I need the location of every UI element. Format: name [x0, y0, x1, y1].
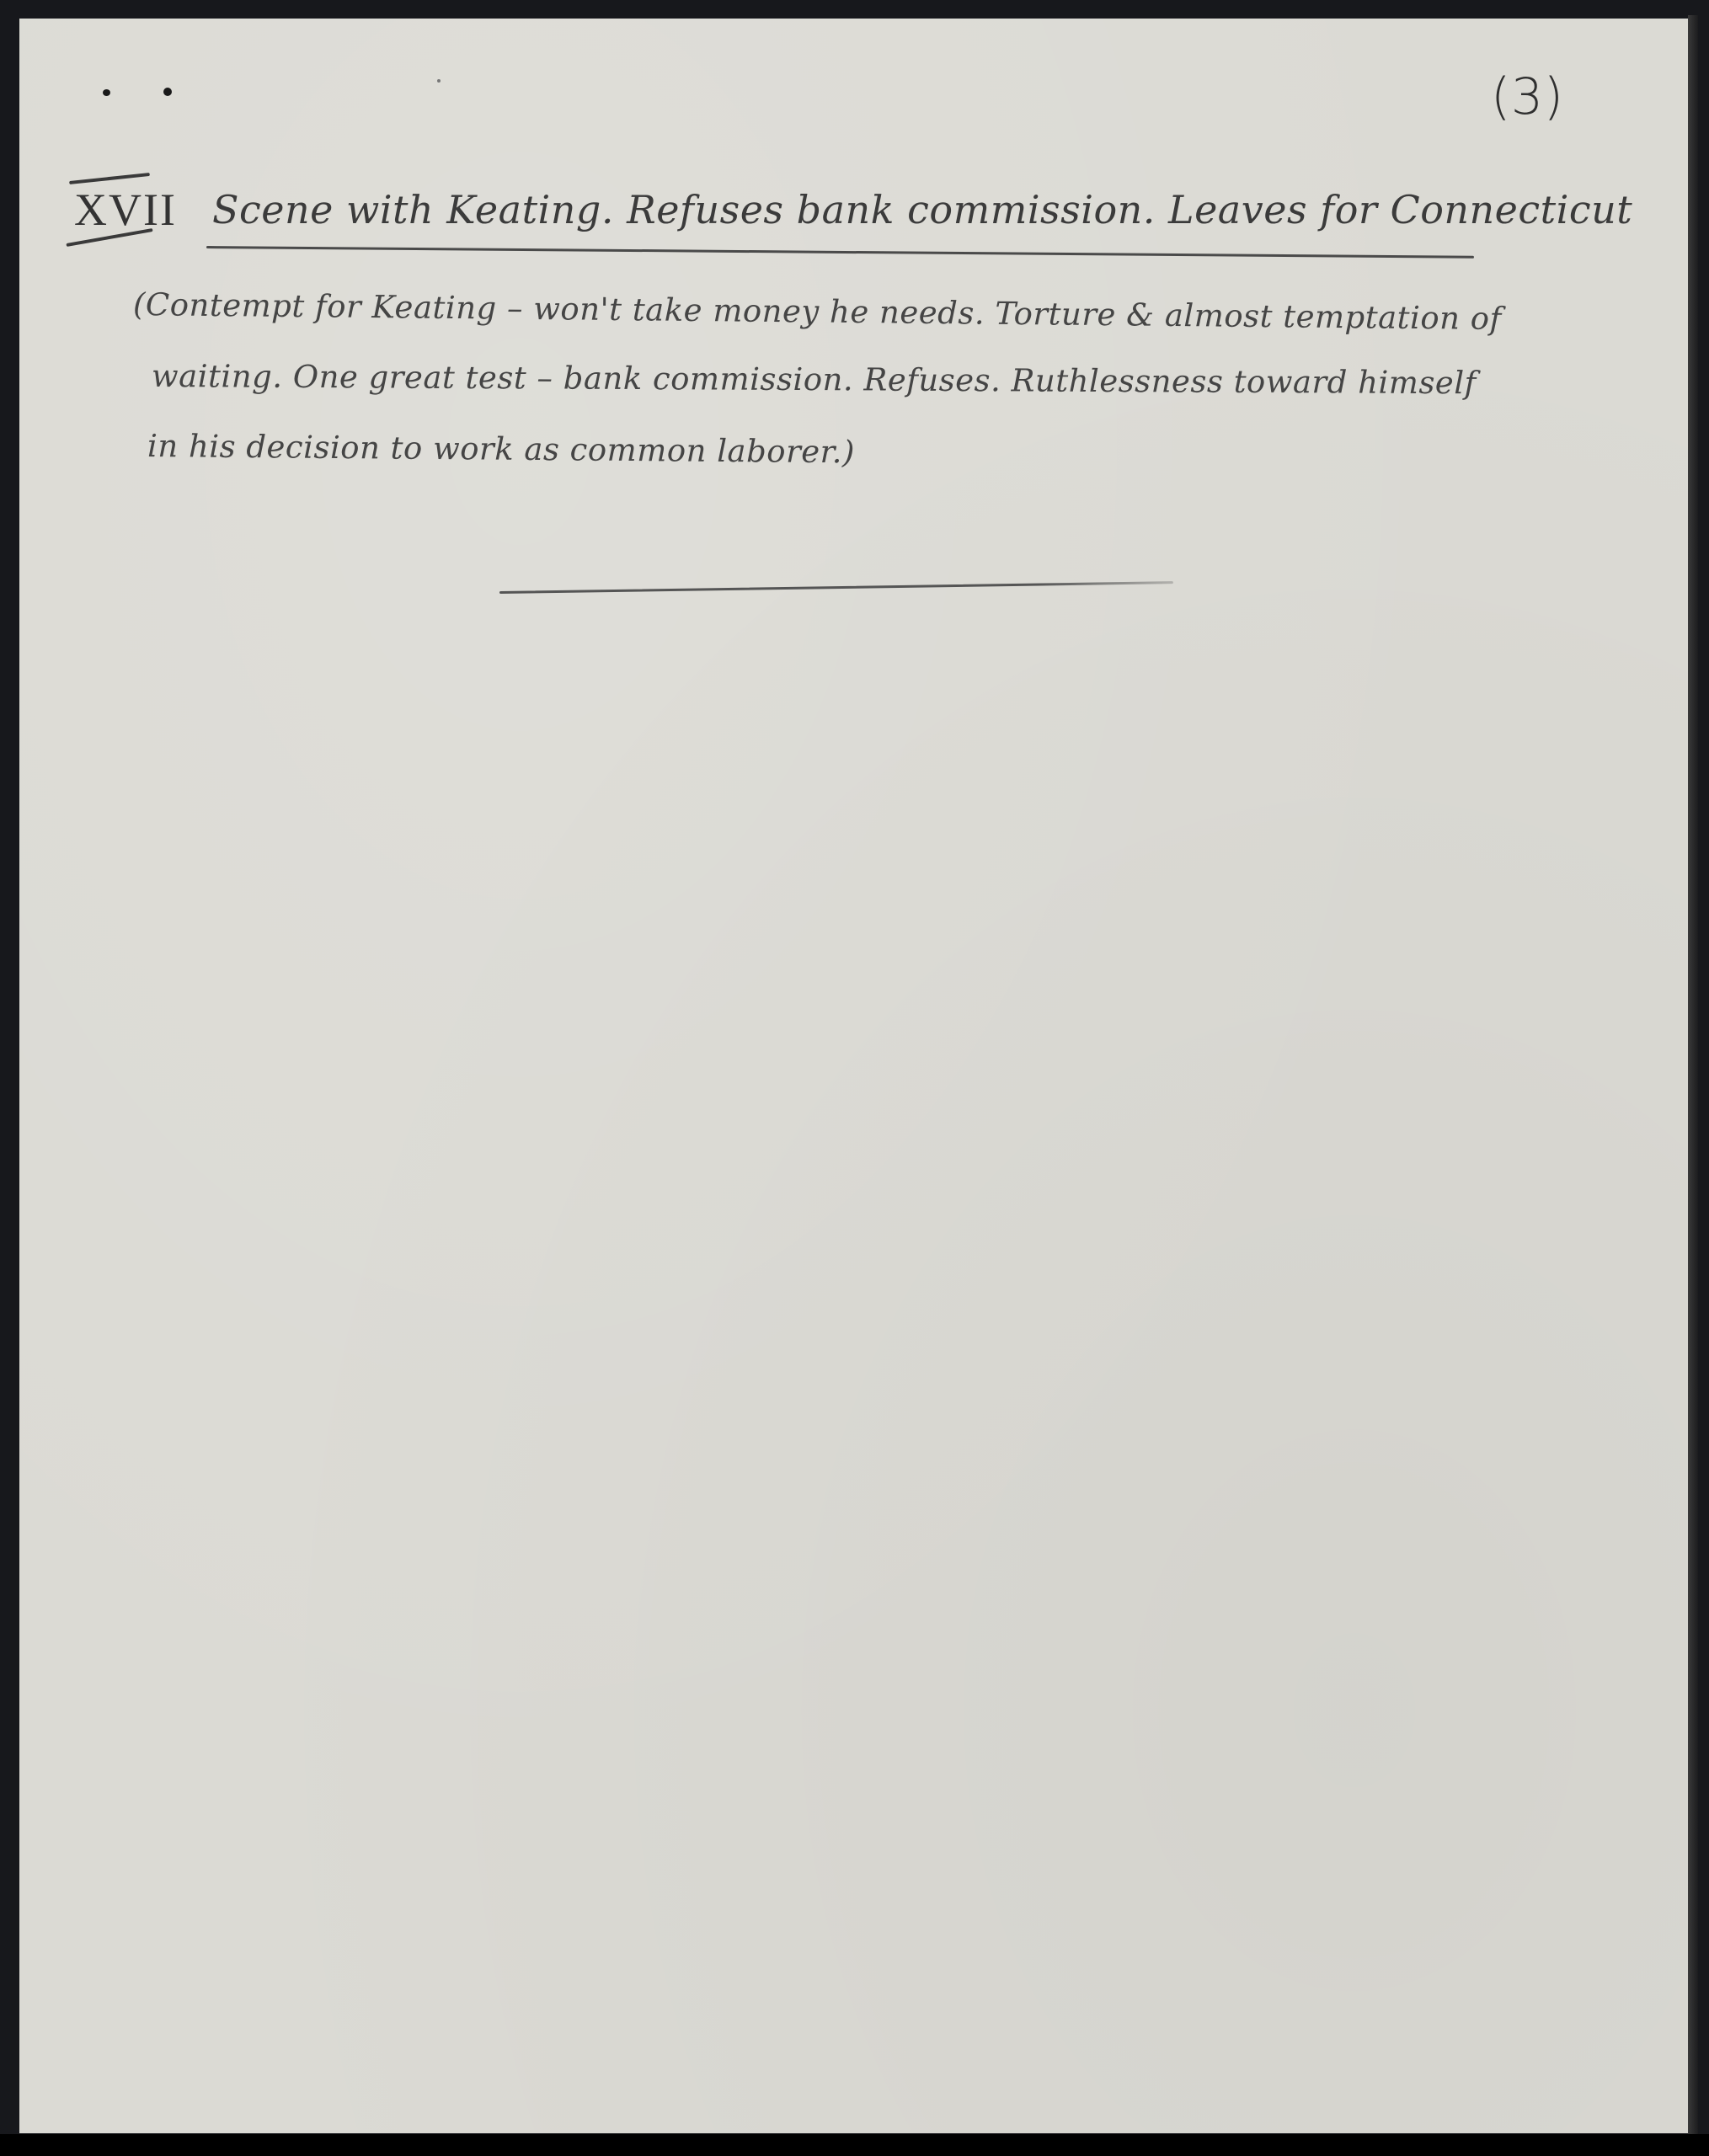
note-line-2: waiting. One great test – bank commissio… — [152, 358, 1477, 401]
paper-speck — [163, 88, 172, 96]
page-edge-shadow — [1688, 15, 1698, 2134]
note-line-3: in his decision to work as common labore… — [147, 428, 855, 470]
page-number: (3) — [1491, 67, 1564, 126]
bottom-border — [0, 2134, 1709, 2156]
paper-speck — [103, 89, 110, 96]
chapter-heading: Scene with Keating. Refuses bank commiss… — [212, 187, 1632, 232]
paper-speck — [437, 79, 441, 83]
chapter-numeral: XVII — [74, 184, 177, 236]
